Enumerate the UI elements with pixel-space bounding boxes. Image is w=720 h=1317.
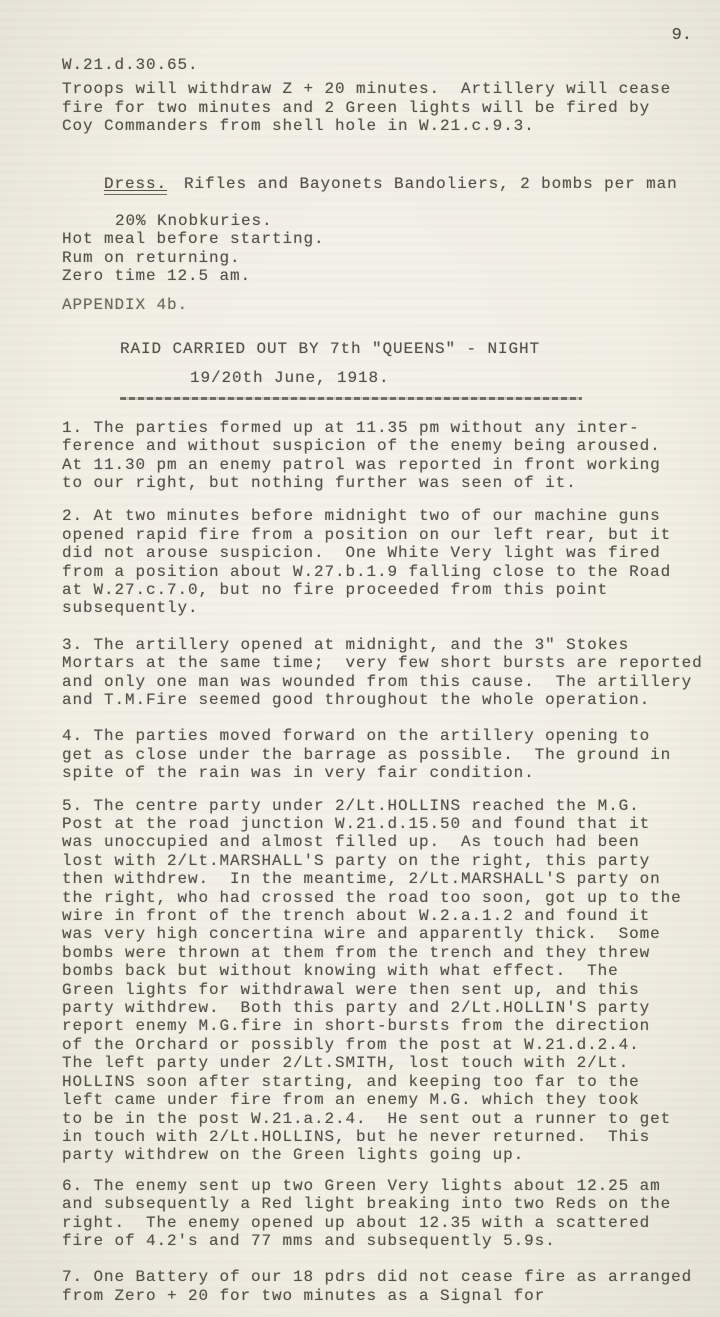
- note-hot-meal: Hot meal before starting.: [62, 230, 712, 248]
- report-paragraph-4: 4. The parties moved forward on the arti…: [62, 727, 712, 782]
- title-underline-rule: [120, 397, 582, 400]
- report-paragraph-5: 5. The centre party under 2/Lt.HOLLINS r…: [62, 797, 712, 1165]
- dress-text-continued: 20% Knobkuries.: [62, 212, 712, 230]
- scanned-war-diary-page: { "page": { "number": "9." }, "document"…: [0, 0, 720, 1317]
- note-rum: Rum on returning.: [62, 249, 712, 267]
- report-date-subtitle: 19/20th June, 1918.: [190, 369, 712, 387]
- document-body: W.21.d.30.65. Troops will withdraw Z + 2…: [62, 56, 712, 1305]
- report-title: RAID CARRIED OUT BY 7th "QUEENS" - NIGHT: [120, 340, 712, 358]
- report-paragraph-7: 7. One Battery of our 18 pdrs did not ce…: [62, 1268, 712, 1305]
- dress-text: Rifles and Bayonets Bandoliers, 2 bombs …: [184, 175, 678, 193]
- page-number: 9.: [672, 26, 692, 45]
- report-paragraph-2: 2. At two minutes before midnight two of…: [62, 507, 712, 617]
- report-paragraph-3: 3. The artillery opened at midnight, and…: [62, 636, 712, 710]
- withdrawal-orders-paragraph: Troops will withdraw Z + 20 minutes. Art…: [62, 80, 712, 135]
- report-paragraph-6: 6. The enemy sent up two Green Very ligh…: [62, 1177, 712, 1251]
- appendix-label: APPENDIX 4b.: [62, 296, 712, 314]
- report-paragraph-1: 1. The parties formed up at 11.35 pm wit…: [62, 419, 712, 493]
- dress-label: Dress.: [104, 175, 167, 195]
- note-zero-time: Zero time 12.5 am.: [62, 267, 712, 285]
- map-reference: W.21.d.30.65.: [62, 56, 712, 74]
- dress-order-line: Dress.Rifles and Bayonets Bandoliers, 2 …: [62, 157, 712, 212]
